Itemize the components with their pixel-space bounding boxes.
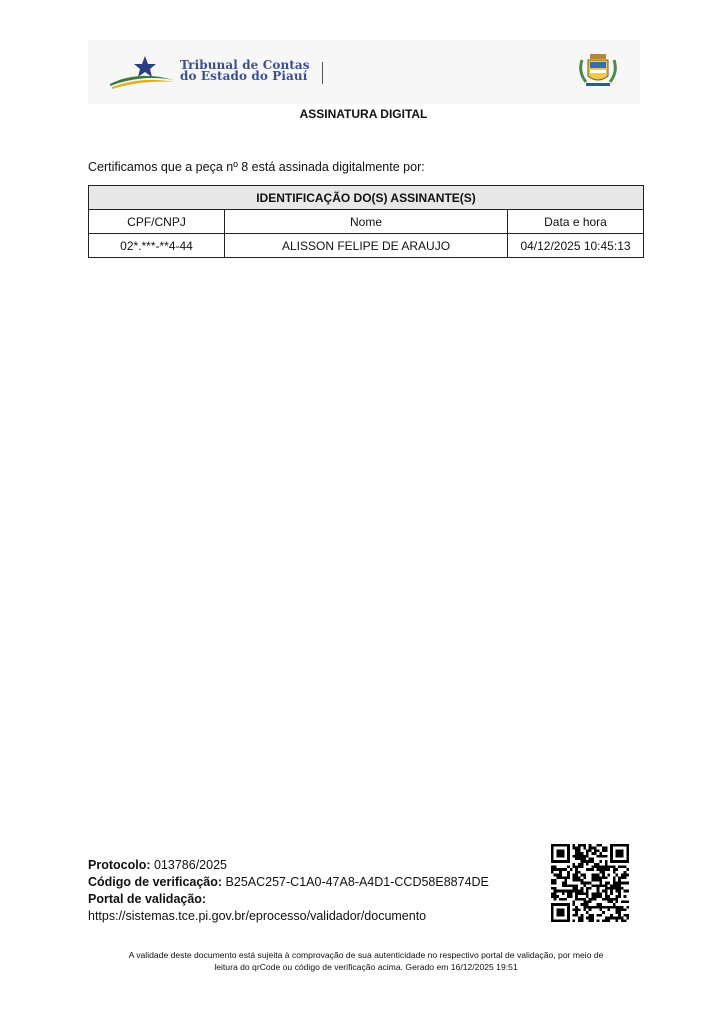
signers-table: IDENTIFICAÇÃO DO(S) ASSINANTE(S) CPF/CNP… <box>88 185 644 258</box>
disclaimer: A validade deste documento está sujeita … <box>88 949 644 973</box>
intro-text: Certificamos que a peça nº 8 está assina… <box>88 160 425 174</box>
logo-divider <box>322 62 323 84</box>
protocolo-line: Protocolo: 013786/2025 <box>88 857 489 874</box>
table-header-row: CPF/CNPJ Nome Data e hora <box>89 210 644 234</box>
tce-logo-text: Tribunal de Contas do Estado do Piauí <box>180 60 310 82</box>
cell-cpf: 02*.***-**4-44 <box>89 234 225 258</box>
codigo-label: Código de verificação: <box>88 875 222 889</box>
document-title: ASSINATURA DIGITAL <box>0 107 727 121</box>
disclaimer-line1: A validade deste documento está sujeita … <box>88 949 644 961</box>
verification-info: Protocolo: 013786/2025 Código de verific… <box>88 857 489 925</box>
qr-code-icon[interactable] <box>551 844 629 922</box>
star-swoosh-icon <box>108 54 178 94</box>
cell-nome: ALISSON FELIPE DE ARAUJO <box>225 234 508 258</box>
column-header-cpf: CPF/CNPJ <box>89 210 225 234</box>
protocolo-value: 013786/2025 <box>154 858 227 872</box>
portal-line: Portal de validação: <box>88 891 489 908</box>
disclaimer-line2: leitura do qrCode ou código de verificaç… <box>88 961 644 973</box>
column-header-data: Data e hora <box>508 210 644 234</box>
column-header-nome: Nome <box>225 210 508 234</box>
tce-logo: Tribunal de Contas do Estado do Piauí <box>108 54 338 94</box>
portal-url[interactable]: https://sistemas.tce.pi.gov.br/eprocesso… <box>88 908 489 925</box>
protocolo-label: Protocolo: <box>88 858 151 872</box>
logo-line2: do Estado do Piauí <box>180 71 310 82</box>
table-caption: IDENTIFICAÇÃO DO(S) ASSINANTE(S) <box>89 186 644 210</box>
coat-of-arms-icon <box>576 50 620 90</box>
cell-data: 04/12/2025 10:45:13 <box>508 234 644 258</box>
codigo-line: Código de verificação: B25AC257-C1A0-47A… <box>88 874 489 891</box>
codigo-value: B25AC257-C1A0-47A8-A4D1-CCD58E8874DE <box>226 875 489 889</box>
portal-label: Portal de validação: <box>88 892 206 906</box>
table-row: 02*.***-**4-44 ALISSON FELIPE DE ARAUJO … <box>89 234 644 258</box>
